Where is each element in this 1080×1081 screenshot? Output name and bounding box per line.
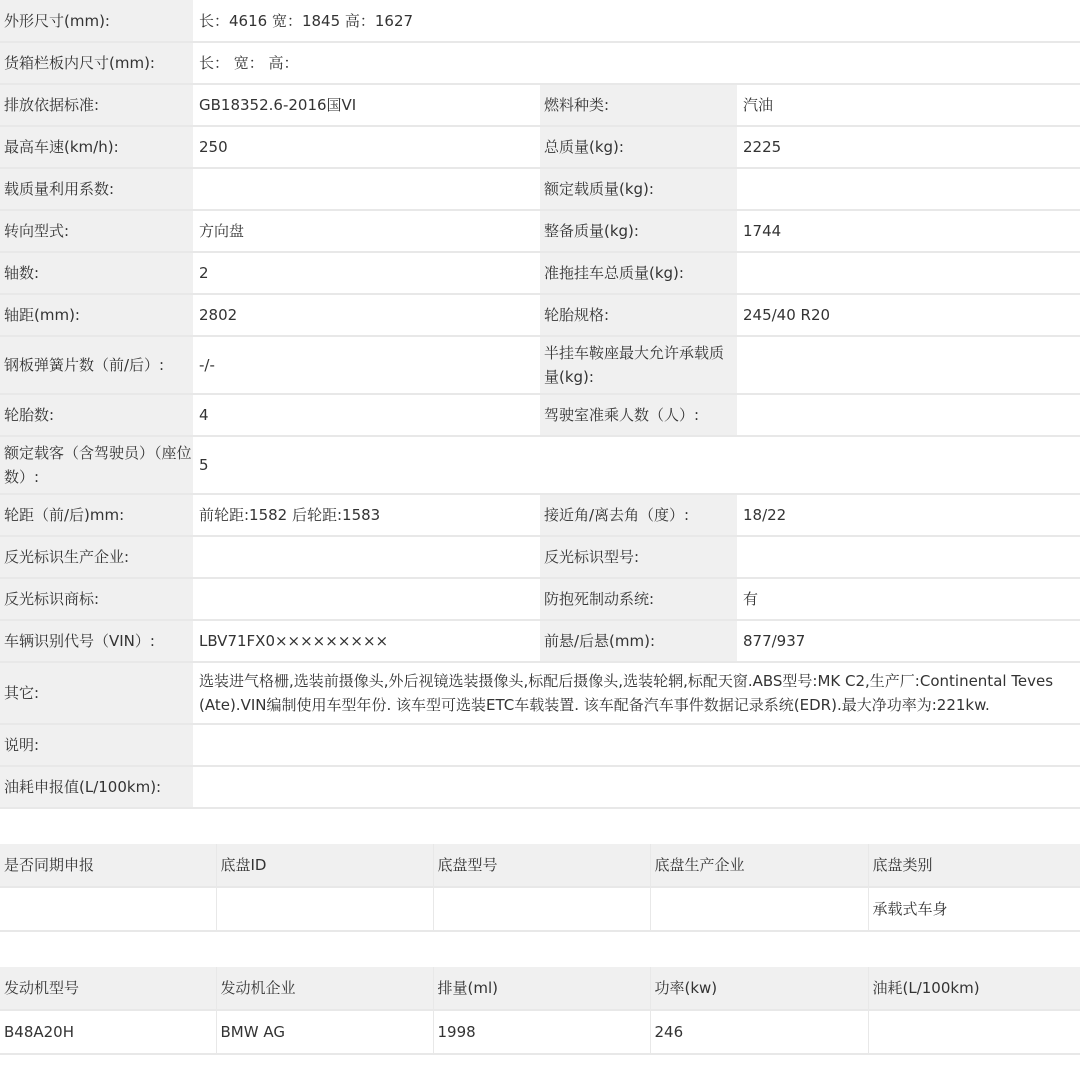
chassis-header-maker: 底盘生产企业 [650,844,868,887]
value-cargo-box: 长： 宽： 高： [193,42,1080,84]
value-fuel-consumption [193,766,1080,808]
engine-cell-displacement: 1998 [433,1010,650,1054]
chassis-table: 是否同期申报 底盘ID 底盘型号 底盘生产企业 底盘类别 承载式车身 [0,844,1080,932]
value-reflector-maker [193,536,540,578]
value-vin: LBV71FX0××××××××× [193,620,540,662]
label-abs: 防抱死制动系统: [540,578,737,620]
row-other: 其它: 选装进气格栅,选装前摄像头,外后视镜选装摄像头,标配后摄像头,选装轮辋,… [0,662,1080,724]
label-dimensions: 外形尺寸(mm): [0,0,193,42]
engine-header-fuel-consumption: 油耗(L/100km) [868,967,1080,1010]
row-track-angles: 轮距（前/后)mm: 前轮距:1582 后轮距:1583 接近角/离去角（度）:… [0,494,1080,536]
value-tire-spec: 245/40 R20 [737,294,1080,336]
row-wheelbase-tire: 轴距(mm): 2802 轮胎规格: 245/40 R20 [0,294,1080,336]
engine-cell-maker: BMW AG [216,1010,433,1054]
value-other: 选装进气格栅,选装前摄像头,外后视镜选装摄像头,标配后摄像头,选装轮辋,标配天窗… [193,662,1080,724]
label-leaf-spring: 钢板弹簧片数（前/后）: [0,336,193,394]
engine-cell-model: B48A20H [0,1010,216,1054]
label-reflector-brand: 反光标识商标: [0,578,193,620]
label-trailer-mass: 准拖挂车总质量(kg): [540,252,737,294]
chassis-cell-same-period [0,887,216,931]
row-vin-overhang: 车辆识别代号（VIN）: LBV71FX0××××××××× 前悬/后悬(mm)… [0,620,1080,662]
value-max-speed: 250 [193,126,540,168]
engine-header-maker: 发动机企业 [216,967,433,1010]
label-curb-mass: 整备质量(kg): [540,210,737,252]
value-total-mass: 2225 [737,126,1080,168]
row-speed-mass: 最高车速(km/h): 250 总质量(kg): 2225 [0,126,1080,168]
engine-table: 发动机型号 发动机企业 排量(ml) 功率(kw) 油耗(L/100km) B4… [0,967,1080,1055]
value-approach-departure: 18/22 [737,494,1080,536]
label-steering-type: 转向型式: [0,210,193,252]
value-leaf-spring: -/- [193,336,540,394]
engine-header-displacement: 排量(ml) [433,967,650,1010]
label-vin: 车辆识别代号（VIN）: [0,620,193,662]
row-dimensions: 外形尺寸(mm): 长：4616 宽：1845 高：1627 [0,0,1080,42]
value-tire-count: 4 [193,394,540,436]
label-cab-passengers: 驾驶室准乘人数（人）: [540,394,737,436]
chassis-cell-id [216,887,433,931]
label-fuel-consumption: 油耗申报值(L/100km): [0,766,193,808]
row-tires-cab: 轮胎数: 4 驾驶室准乘人数（人）: [0,394,1080,436]
value-trailer-mass [737,252,1080,294]
label-axle-count: 轴数: [0,252,193,294]
chassis-header-category: 底盘类别 [868,844,1080,887]
value-reflector-brand [193,578,540,620]
value-emission-standard: GB18352.6-2016国VI [193,84,540,126]
engine-header-model: 发动机型号 [0,967,216,1010]
value-rated-load [737,168,1080,210]
label-other: 其它: [0,662,193,724]
row-seating: 额定载客（含驾驶员）（座位数）: 5 [0,436,1080,494]
row-reflector-maker: 反光标识生产企业: 反光标识型号: [0,536,1080,578]
label-track-width: 轮距（前/后)mm: [0,494,193,536]
engine-cell-fuel-consumption [868,1010,1080,1054]
value-steering-type: 方向盘 [193,210,540,252]
row-fuel-consumption: 油耗申报值(L/100km): [0,766,1080,808]
row-notes: 说明: [0,724,1080,766]
label-total-mass: 总质量(kg): [540,126,737,168]
chassis-cell-category: 承载式车身 [868,887,1080,931]
value-notes [193,724,1080,766]
row-spring-saddle: 钢板弹簧片数（前/后）: -/- 半挂车鞍座最大允许承载质量(kg): [0,336,1080,394]
row-load-factor: 载质量利用系数: 额定载质量(kg): [0,168,1080,210]
row-steering-curb: 转向型式: 方向盘 整备质量(kg): 1744 [0,210,1080,252]
label-rated-load: 额定载质量(kg): [540,168,737,210]
chassis-header-row: 是否同期申报 底盘ID 底盘型号 底盘生产企业 底盘类别 [0,844,1080,887]
row-axles-trailer: 轴数: 2 准拖挂车总质量(kg): [0,252,1080,294]
label-tire-spec: 轮胎规格: [540,294,737,336]
label-emission-standard: 排放依据标准: [0,84,193,126]
label-seating-capacity: 额定载客（含驾驶员）（座位数）: [0,436,193,494]
label-reflector-model: 反光标识型号: [540,536,737,578]
table-row: 承载式车身 [0,887,1080,931]
chassis-cell-model [433,887,650,931]
label-approach-departure: 接近角/离去角（度）: [540,494,737,536]
label-cargo-box: 货箱栏板内尺寸(mm): [0,42,193,84]
value-track-width: 前轮距:1582 后轮距:1583 [193,494,540,536]
label-tire-count: 轮胎数: [0,394,193,436]
table-row: B48A20H BMW AG 1998 246 [0,1010,1080,1054]
chassis-cell-maker [650,887,868,931]
row-emission-fuel: 排放依据标准: GB18352.6-2016国VI 燃料种类: 汽油 [0,84,1080,126]
chassis-header-same-period: 是否同期申报 [0,844,216,887]
label-wheelbase: 轴距(mm): [0,294,193,336]
section-spacer [0,809,1080,844]
value-wheelbase: 2802 [193,294,540,336]
engine-cell-power: 246 [650,1010,868,1054]
row-reflector-abs: 反光标识商标: 防抱死制动系统: 有 [0,578,1080,620]
label-load-factor: 载质量利用系数: [0,168,193,210]
value-axle-count: 2 [193,252,540,294]
value-abs: 有 [737,578,1080,620]
value-seating-capacity: 5 [193,436,1080,494]
label-saddle-load: 半挂车鞍座最大允许承载质量(kg): [540,336,737,394]
chassis-header-id: 底盘ID [216,844,433,887]
engine-header-power: 功率(kw) [650,967,868,1010]
label-notes: 说明: [0,724,193,766]
value-fuel-type: 汽油 [737,84,1080,126]
label-overhang: 前悬/后悬(mm): [540,620,737,662]
value-saddle-load [737,336,1080,394]
value-reflector-model [737,536,1080,578]
value-overhang: 877/937 [737,620,1080,662]
label-fuel-type: 燃料种类: [540,84,737,126]
value-dimensions: 长：4616 宽：1845 高：1627 [193,0,1080,42]
label-max-speed: 最高车速(km/h): [0,126,193,168]
engine-header-row: 发动机型号 发动机企业 排量(ml) 功率(kw) 油耗(L/100km) [0,967,1080,1010]
vehicle-spec-table: 外形尺寸(mm): 长：4616 宽：1845 高：1627 货箱栏板内尺寸(m… [0,0,1080,809]
value-curb-mass: 1744 [737,210,1080,252]
value-cab-passengers [737,394,1080,436]
label-reflector-maker: 反光标识生产企业: [0,536,193,578]
chassis-header-model: 底盘型号 [433,844,650,887]
row-cargo-box-dimensions: 货箱栏板内尺寸(mm): 长： 宽： 高： [0,42,1080,84]
value-load-factor [193,168,540,210]
section-spacer [0,932,1080,967]
